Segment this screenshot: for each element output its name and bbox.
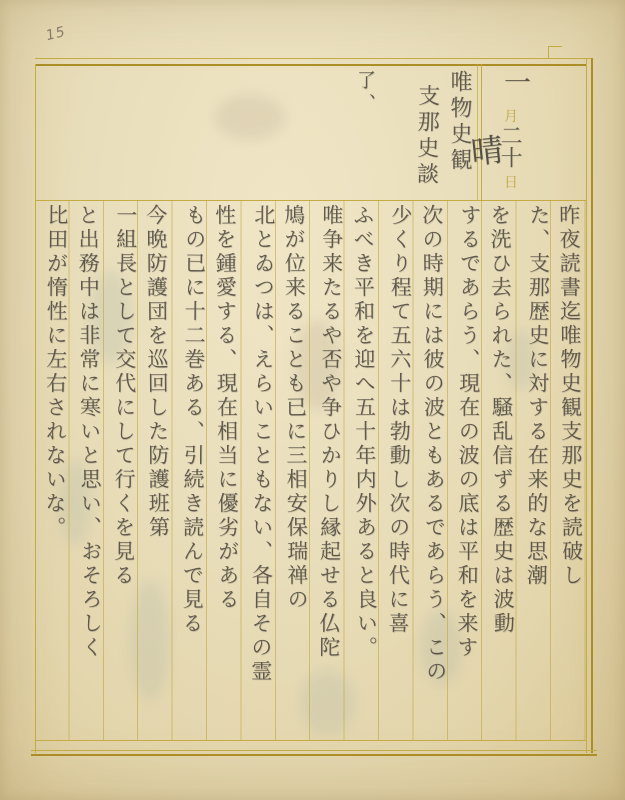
handwriting-column: ふべき平和を迎へ五十年内外あると良い。 [346, 204, 381, 752]
handwriting-column: を洗ひ去られた、騒乱信ずる歴史は波動 [483, 204, 518, 752]
frame-right-outer-line [591, 58, 593, 753]
frame-top-outer-line [35, 58, 592, 59]
date-month-value: 一 [495, 68, 534, 95]
handwriting-column: 北とゐつは、えらいこともない、各自その霊 [243, 204, 277, 752]
handwriting-column: 少くり程て五六十は勃動し次の時代に喜 [380, 204, 414, 752]
header-note-column: 唯物史観 [444, 70, 475, 174]
date-month-preprint-label: 月 [504, 106, 518, 126]
date-column-line [477, 64, 478, 200]
manuscript-page: 15 一 月 二十 日 晴 唯物史観 支那史談 了、 昨夜読書迄唯物史観支那史を… [0, 0, 625, 800]
frame-top-inner-line [35, 64, 586, 66]
header-note-column: 了、 [352, 70, 379, 116]
handwriting-column: 比田が惰性に左右されないな。 [36, 204, 70, 752]
date-column-line [481, 64, 482, 200]
handwriting-column: 次の時期には彼の波ともあるであらう、この [415, 204, 450, 752]
frame-top-notch [548, 46, 549, 59]
handwriting-column: 性を鍾愛する、現在相当に優劣がある [208, 204, 243, 752]
handwriting-column: するであらう、現在の波の底は平和を来す [449, 204, 483, 752]
handwriting-column: 昨夜読書迄唯物史観支那史を読破し [552, 204, 587, 752]
handwriting-column: 唯争来たるや否や争ひかりし縁起せる仏陀 [311, 204, 345, 752]
handwriting-column: もの已に十二巻ある、引続き読んで見る [174, 204, 208, 752]
handwriting-column: 今晩防護団を巡回した防護班第 [139, 204, 174, 752]
frame-top-notch [548, 46, 562, 47]
handwriting-column: た、支那歴史に対する在来的な思潮 [518, 204, 552, 752]
date-day-preprint-label: 日 [504, 172, 518, 192]
handwriting-column: 鳩が位来ることも已に三相安保瑞禅の [277, 204, 312, 752]
base-inner-line [31, 754, 597, 756]
handwriting-column: と出務中は非常に寒いと思い、おそろしく [71, 204, 106, 752]
ink-smudge [215, 95, 285, 140]
handwriting-column: 一組長として交代にして行くを見る [105, 204, 139, 752]
pencil-page-number: 15 [44, 24, 67, 44]
frame-right-inner-line [586, 58, 587, 753]
header-note-column: 支那史談 [410, 84, 443, 189]
